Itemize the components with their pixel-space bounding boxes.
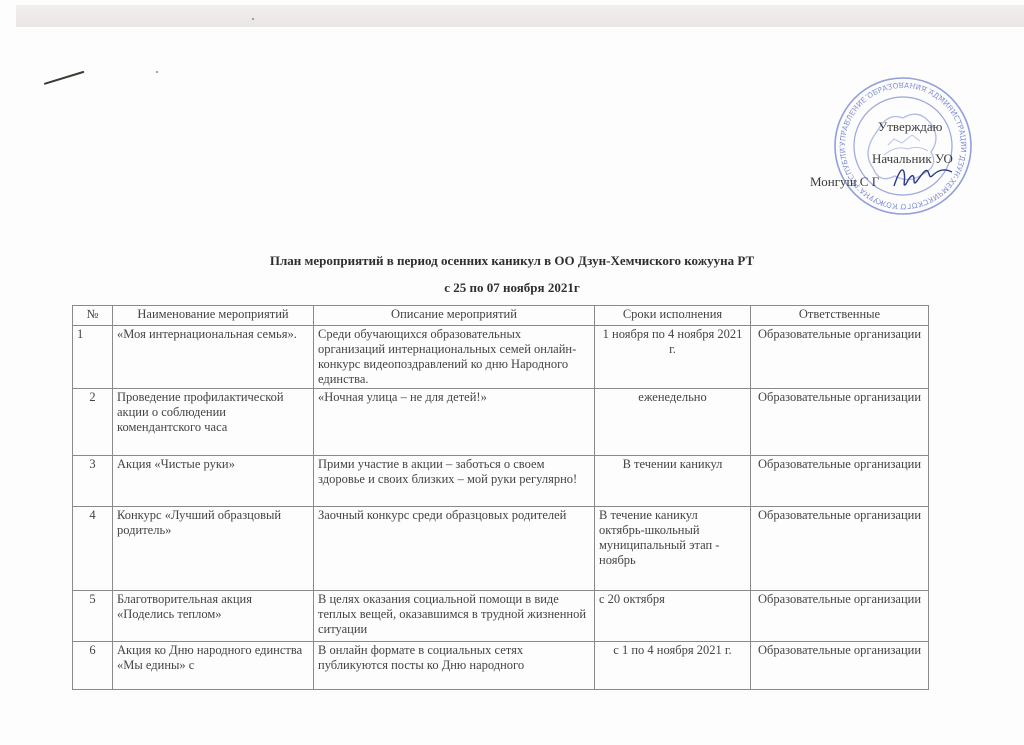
event-responsible: Образовательные организации (751, 326, 929, 389)
event-name: Акция ко Дню народного единства «Мы един… (113, 642, 314, 690)
row-number: 4 (73, 507, 113, 591)
event-description: Заочный конкурс среди образцовых родител… (314, 507, 595, 591)
event-name: Акция «Чистые руки» (113, 456, 314, 507)
event-description: В онлайн формате в социальных сетях публ… (314, 642, 595, 690)
event-name: Конкурс «Лучший образцовый родитель» (113, 507, 314, 591)
event-dates: 1 ноября по 4 ноября 2021 г. (595, 326, 751, 389)
row-number: 6 (73, 642, 113, 690)
event-dates: с 20 октября (595, 591, 751, 642)
event-responsible: Образовательные организации (751, 642, 929, 690)
table-row: 6 Акция ко Дню народного единства «Мы ед… (73, 642, 929, 690)
scan-speck (156, 71, 158, 73)
header-number: № (73, 306, 113, 326)
scan-top-shadow (16, 5, 1024, 27)
event-name: Благотворительная акция «Поделись теплом… (113, 591, 314, 642)
events-table: № Наименование мероприятий Описание меро… (72, 305, 929, 690)
official-stamp: УПРАВЛЕНИЕ ОБРАЗОВАНИЯ АДМИНИСТРАЦИИ ДЗУ… (832, 75, 974, 217)
event-responsible: Образовательные организации (751, 389, 929, 456)
table-row: 5 Благотворительная акция «Поделись тепл… (73, 591, 929, 642)
table-row: 4 Конкурс «Лучший образцовый родитель» З… (73, 507, 929, 591)
event-responsible: Образовательные организации (751, 456, 929, 507)
scan-speck (252, 18, 254, 20)
row-number: 1 (73, 326, 113, 389)
event-name: «Моя интернациональная семья». (113, 326, 314, 389)
event-dates: еженедельно (595, 389, 751, 456)
signature (888, 162, 958, 192)
event-dates: с 1 по 4 ноября 2021 г. (595, 642, 751, 690)
header-description: Описание мероприятий (314, 306, 595, 326)
approval-heading: Утверждаю (878, 119, 942, 135)
row-number: 3 (73, 456, 113, 507)
event-dates: В течении каникул (595, 456, 751, 507)
event-responsible: Образовательные организации (751, 507, 929, 591)
header-dates: Сроки исполнения (595, 306, 751, 326)
event-description: В целях оказания социальной помощи в вид… (314, 591, 595, 642)
row-number: 5 (73, 591, 113, 642)
table-row: 3 Акция «Чистые руки» Прими участие в ак… (73, 456, 929, 507)
event-description: Среди обучающихся образовательных органи… (314, 326, 595, 389)
pen-mark (44, 71, 85, 85)
event-responsible: Образовательные организации (751, 591, 929, 642)
table-header-row: № Наименование мероприятий Описание меро… (73, 306, 929, 326)
event-name: Проведение профилактической акции о собл… (113, 389, 314, 456)
document-subtitle: с 25 по 07 ноября 2021г (0, 280, 1024, 296)
row-number: 2 (73, 389, 113, 456)
event-description: «Ночная улица – не для детей!» (314, 389, 595, 456)
event-dates: В течение каникул октябрь-школьный муниц… (595, 507, 751, 591)
header-responsible: Ответственные (751, 306, 929, 326)
table-row: 1 «Моя интернациональная семья». Среди о… (73, 326, 929, 389)
approval-name: Монгуш С Г (810, 174, 879, 190)
document-title: План мероприятий в период осенних канику… (0, 253, 1024, 269)
header-name: Наименование мероприятий (113, 306, 314, 326)
event-description: Прими участие в акции – заботься о своем… (314, 456, 595, 507)
table-row: 2 Проведение профилактической акции о со… (73, 389, 929, 456)
